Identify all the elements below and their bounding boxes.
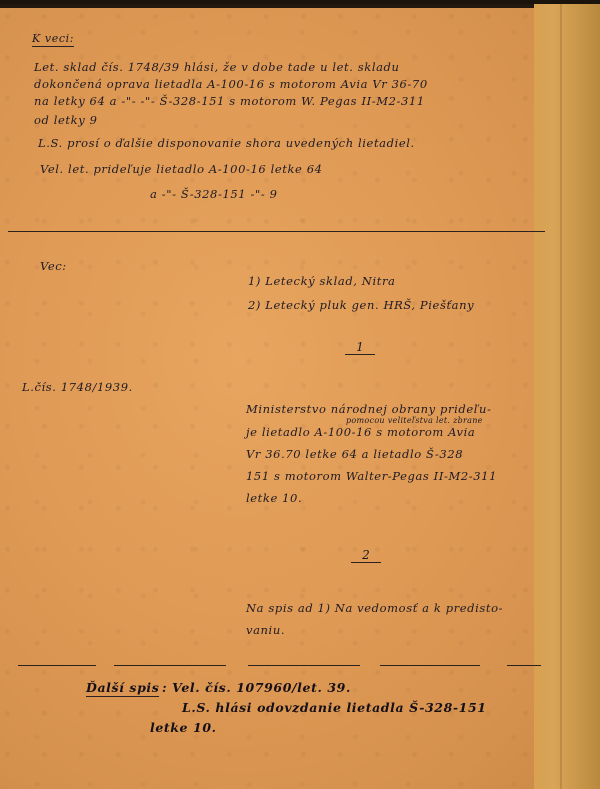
footer-line-2: L.S. hlási odovzdanie lietadla Š-328-151 <box>182 700 487 715</box>
header-label: K veci: <box>32 32 74 47</box>
summary-line-4: od letky 9 <box>34 113 97 127</box>
recipient-name: Letecký pluk gen. HRŠ, Piešťany <box>265 298 474 312</box>
recipient-item: 2) Letecký pluk gen. HRŠ, Piešťany <box>248 298 474 312</box>
summary-line-2: dokončená oprava lietadla A-100-16 s mot… <box>34 77 428 91</box>
section-2-line-1: Na spis ad 1) Na vedomosť a k predisto- <box>246 601 503 615</box>
footer-rule-segment <box>114 665 226 666</box>
section-1-line-5: letke 10. <box>246 491 302 505</box>
scan-top-edge <box>0 4 600 8</box>
paper-fold-line <box>560 4 562 789</box>
section-2-line-2: vaniu. <box>246 623 285 637</box>
summary-line-1: Let. sklad čís. 1748/39 hlási, že v dobe… <box>34 60 400 74</box>
insert-note: pomocou veliteľstva let. zbrane <box>346 416 483 425</box>
section-2-number: 2 <box>351 548 381 563</box>
summary-line-5: L.S. prosí o ďalšie disponovanie shora u… <box>38 136 415 150</box>
footer-rule-segment <box>507 665 541 666</box>
section-1-line-3: Vr 36.70 letke 64 a lietadlo Š-328 <box>246 447 463 461</box>
footer-line-1: : Vel. čís. 107960/let. 39. <box>162 680 351 695</box>
paper-margin-strip <box>534 4 600 789</box>
section-1-line-4: 151 s motorom Walter-Pegas II-M2-311 <box>246 469 497 483</box>
footer-rule-segment <box>248 665 360 666</box>
section-divider <box>8 231 545 232</box>
summary-line-7: a -"- Š-328-151 -"- 9 <box>150 187 278 201</box>
reference-number: L.čís. 1748/1939. <box>22 380 133 394</box>
recipient-number: 2) <box>248 298 261 312</box>
recipient-item: 1) Letecký sklad, Nitra <box>248 274 396 288</box>
footer-label: Ďalší spis <box>86 680 159 697</box>
footer-rule-segment <box>18 665 96 666</box>
section-1-line-2: je lietadlo A-100-16 s motorom Avia <box>246 425 475 439</box>
recipient-name: Letecký sklad, Nitra <box>265 274 395 288</box>
footer-rule-segment <box>380 665 480 666</box>
footer-line-3: letke 10. <box>150 720 217 735</box>
recipient-number: 1) <box>248 274 261 288</box>
document-page: K veci: Let. sklad čís. 1748/39 hlási, ž… <box>0 4 600 789</box>
summary-line-3: na letky 64 a -"- -"- Š-328-151 s motoro… <box>34 94 425 108</box>
section-1-line-1: Ministerstvo národnej obrany prideľu- <box>246 402 491 416</box>
vec-label: Vec: <box>40 259 67 273</box>
section-1-number: 1 <box>345 340 375 355</box>
summary-line-6: Vel. let. prideľuje lietadlo A-100-16 le… <box>40 162 323 176</box>
